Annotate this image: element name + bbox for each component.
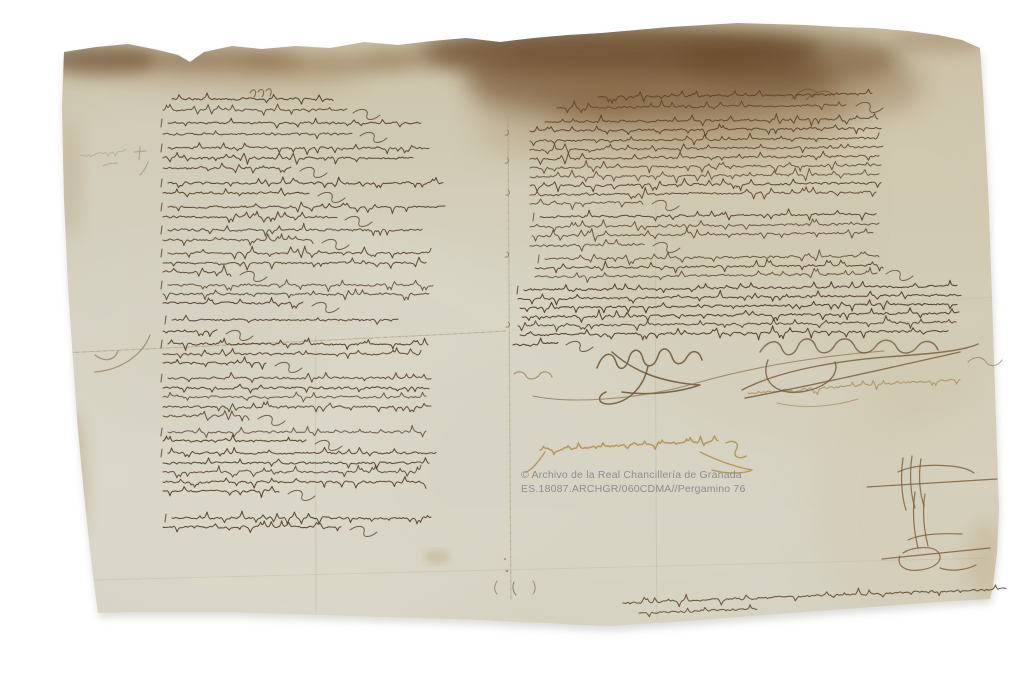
parchment-tones-and-stains: [0, 26, 1024, 640]
archive-watermark-line2: ES.18087.ARCHGR/060CDMA//Pergamino 76: [521, 482, 746, 496]
photo-stage: © Archivo de la Real Chancillería de Gra…: [0, 0, 1024, 682]
parchment-photo: [0, 0, 1024, 682]
archive-watermark: © Archivo de la Real Chancillería de Gra…: [521, 468, 746, 496]
archive-watermark-line1: © Archivo de la Real Chancillería de Gra…: [521, 468, 746, 482]
